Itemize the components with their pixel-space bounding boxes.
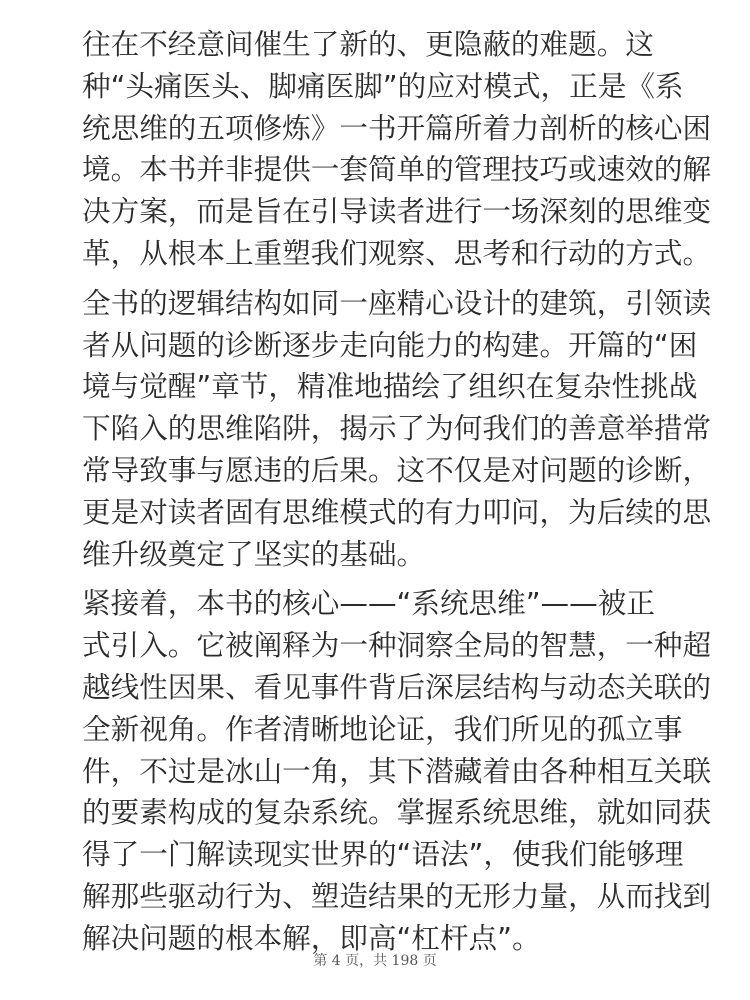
text-line: 革，从根本上重塑我们观察、思考和行动的方式。 (82, 233, 666, 275)
text-line: 的要素构成的复杂系统。掌握系统思维，就如同获 (82, 792, 666, 834)
text-line: 统思维的五项修炼》一书开篇所着力剖析的核心困 (82, 108, 666, 150)
text-line: 维升级奠定了坚实的基础。 (82, 534, 666, 576)
document-page: 往在不经意间催生了新的、更隐蔽的难题。这 种“头痛医头、脚痛医脚”的应对模式，正… (82, 24, 666, 968)
text-line: 境与觉醒”章节，精准地描绘了组织在复杂性挑战 (82, 366, 666, 408)
paragraph-1: 往在不经意间催生了新的、更隐蔽的难题。这 种“头痛医头、脚痛医脚”的应对模式，正… (82, 24, 666, 275)
text-line: 全新视角。作者清晰地论证，我们所见的孤立事 (82, 709, 666, 751)
text-line: 全书的逻辑结构如同一座精心设计的建筑，引领读 (82, 283, 666, 325)
text-line: 得了一门解读现实世界的“语法”，使我们能够理 (82, 834, 666, 876)
text-line: 紧接着，本书的核心——“系统思维”——被正 (82, 583, 666, 625)
text-line: 往在不经意间催生了新的、更隐蔽的难题。这 (82, 24, 666, 66)
text-line: 式引入。它被阐释为一种洞察全局的智慧，一种超 (82, 625, 666, 667)
text-line: 件，不过是冰山一角，其下潜藏着由各种相互关联 (82, 751, 666, 793)
text-line: 常导致事与愿违的后果。这不仅是对问题的诊断， (82, 450, 666, 492)
text-line: 更是对读者固有思维模式的有力叩问，为后续的思 (82, 492, 666, 534)
paragraph-3: 紧接着，本书的核心——“系统思维”——被正 式引入。它被阐释为一种洞察全局的智慧… (82, 583, 666, 959)
text-line: 越线性因果、看见事件背后深层结构与动态关联的 (82, 667, 666, 709)
text-line: 下陷入的思维陷阱，揭示了为何我们的善意举措常 (82, 408, 666, 450)
text-line: 决方案，而是旨在引导读者进行一场深刻的思维变 (82, 191, 666, 233)
paragraph-2: 全书的逻辑结构如同一座精心设计的建筑，引领读 者从问题的诊断逐步走向能力的构建。… (82, 283, 666, 576)
text-line: 解那些驱动行为、塑造结果的无形力量，从而找到 (82, 876, 666, 918)
text-line: 种“头痛医头、脚痛医脚”的应对模式，正是《系 (82, 66, 666, 108)
text-line: 境。本书并非提供一套简单的管理技巧或速效的解 (82, 149, 666, 191)
text-line: 者从问题的诊断逐步走向能力的构建。开篇的“困 (82, 325, 666, 367)
page-number-footer: 第 4 页，共 198 页 (0, 950, 750, 970)
